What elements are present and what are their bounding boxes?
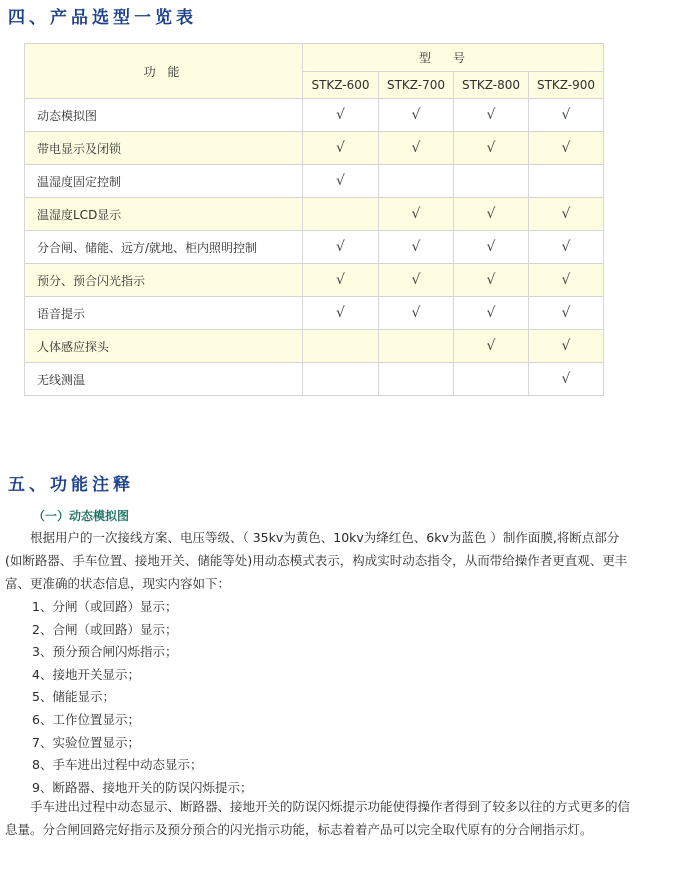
check-icon <box>379 165 454 198</box>
check-icon: √ <box>379 132 454 165</box>
check-icon: √ <box>303 231 379 264</box>
feature-list: 1、分闸（或回路）显示； 2、合闸（或回路）显示； 3、预分预合闸闪烁指示； 4… <box>32 596 252 799</box>
feature-label: 语音提示 <box>25 297 303 330</box>
check-icon: √ <box>303 297 379 330</box>
model-header-stkz-900: STKZ-900 <box>529 71 604 99</box>
check-icon <box>303 198 379 231</box>
table-row: 温湿度LCD显示 √ √ √ <box>25 198 604 231</box>
check-icon <box>303 330 379 363</box>
feature-label: 带电显示及闭锁 <box>25 132 303 165</box>
feature-label: 无线测温 <box>25 363 303 396</box>
product-selection-table: 功 能 型号 STKZ-600 STKZ-700 STKZ-800 STKZ-9… <box>24 43 604 396</box>
closing-paragraph: 手车进出过程中动态显示、断路器、接地开关的防误闪烁提示功能使得操作者得到了较多以… <box>5 795 633 841</box>
section-title-product-selection: 四、产品选型一览表 <box>8 3 197 28</box>
table-row: 语音提示 √ √ √ √ <box>25 297 604 330</box>
check-icon: √ <box>454 198 529 231</box>
table-row: 人体感应探头 √ √ <box>25 330 604 363</box>
intro-paragraph: 根据用户的一次接线方案、电压等级、（ 35kv为黄色、10kv为绛红色、6kv为… <box>5 526 633 595</box>
check-icon: √ <box>303 132 379 165</box>
check-icon: √ <box>303 99 379 132</box>
table-row: 动态模拟图 √ √ √ √ <box>25 99 604 132</box>
check-icon <box>303 363 379 396</box>
check-icon: √ <box>454 132 529 165</box>
table-row: 分合闸、储能、远方/就地、柜内照明控制 √ √ √ √ <box>25 231 604 264</box>
check-icon: √ <box>379 99 454 132</box>
check-icon: √ <box>529 264 604 297</box>
table-row: 预分、预合闪光指示 √ √ √ √ <box>25 264 604 297</box>
check-icon: √ <box>454 297 529 330</box>
check-icon: √ <box>529 330 604 363</box>
list-item: 1、分闸（或回路）显示； <box>32 596 252 619</box>
list-item: 6、工作位置显示； <box>32 709 252 732</box>
check-icon: √ <box>379 264 454 297</box>
list-item: 4、接地开关显示； <box>32 664 252 687</box>
list-item: 7、实验位置显示； <box>32 732 252 755</box>
check-icon: √ <box>529 363 604 396</box>
list-item: 3、预分预合闸闪烁指示； <box>32 641 252 664</box>
check-icon: √ <box>529 297 604 330</box>
check-icon: √ <box>379 231 454 264</box>
feature-label: 温湿度LCD显示 <box>25 198 303 231</box>
table-row: 带电显示及闭锁 √ √ √ √ <box>25 132 604 165</box>
table-row: 无线测温 √ <box>25 363 604 396</box>
check-icon <box>529 165 604 198</box>
model-header-stkz-600: STKZ-600 <box>303 71 379 99</box>
section-title-function-notes: 五、功能注释 <box>8 470 134 495</box>
check-icon <box>379 363 454 396</box>
list-item: 2、合闸（或回路）显示； <box>32 619 252 642</box>
feature-label: 预分、预合闪光指示 <box>25 264 303 297</box>
list-item: 5、储能显示； <box>32 686 252 709</box>
check-icon: √ <box>454 264 529 297</box>
check-icon: √ <box>379 297 454 330</box>
check-icon <box>379 330 454 363</box>
feature-label: 分合闸、储能、远方/就地、柜内照明控制 <box>25 231 303 264</box>
check-icon: √ <box>303 264 379 297</box>
feature-label: 动态模拟图 <box>25 99 303 132</box>
check-icon: √ <box>379 198 454 231</box>
check-icon: √ <box>529 99 604 132</box>
check-icon: √ <box>529 132 604 165</box>
function-column-header: 功 能 <box>25 44 303 99</box>
table-row: 温湿度固定控制 √ <box>25 165 604 198</box>
check-icon: √ <box>529 231 604 264</box>
list-item: 8、手车进出过程中动态显示； <box>32 754 252 777</box>
check-icon: √ <box>454 330 529 363</box>
feature-label: 温湿度固定控制 <box>25 165 303 198</box>
model-header-stkz-700: STKZ-700 <box>379 71 454 99</box>
check-icon: √ <box>303 165 379 198</box>
feature-label: 人体感应探头 <box>25 330 303 363</box>
check-icon <box>454 165 529 198</box>
check-icon <box>454 363 529 396</box>
check-icon: √ <box>454 231 529 264</box>
model-header-stkz-800: STKZ-800 <box>454 71 529 99</box>
check-icon: √ <box>454 99 529 132</box>
model-column-group-header: 型号 <box>303 44 604 72</box>
subsection-title-dynamic-diagram: （一）动态模拟图 <box>33 507 129 524</box>
check-icon: √ <box>529 198 604 231</box>
